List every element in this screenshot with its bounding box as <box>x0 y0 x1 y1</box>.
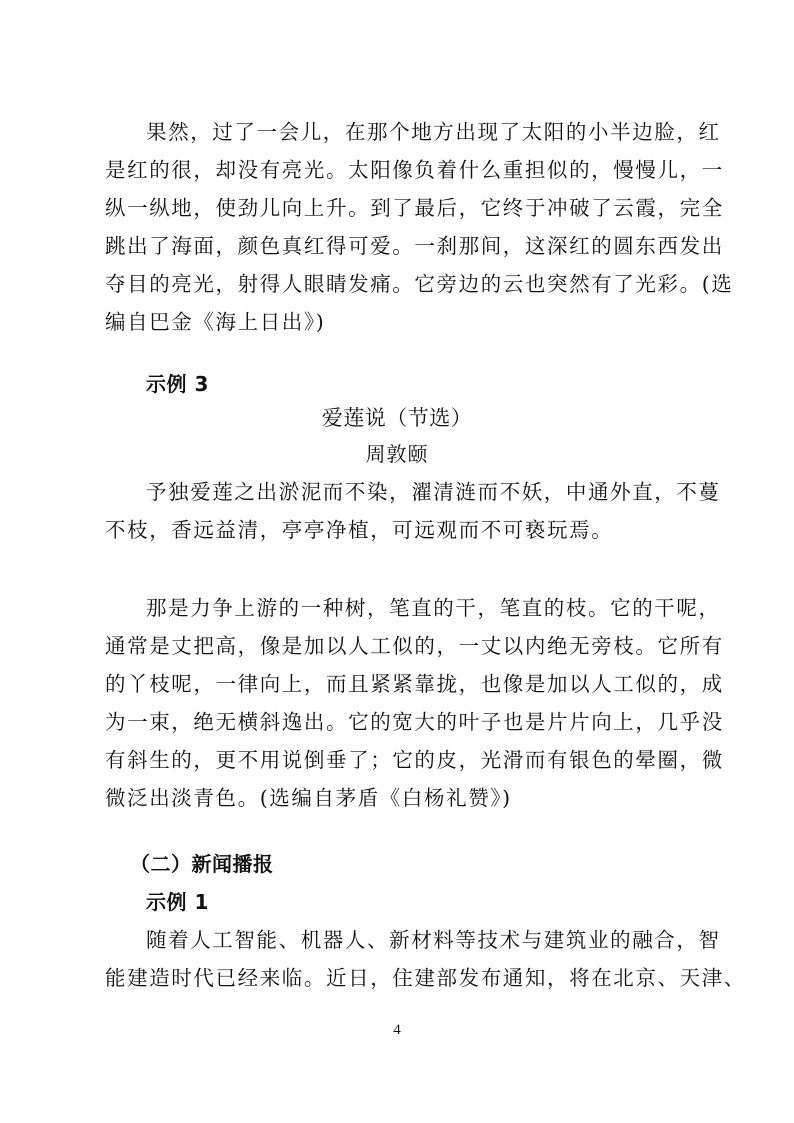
paragraph-line: 为一束，绝无横斜逸出。它的宽大的叶子也是片片向上，几乎没 <box>105 706 695 738</box>
paragraph-line: 不枝，香远益清，亭亭净植，可远观而不可亵玩焉。 <box>105 514 695 546</box>
paragraph-line: 编自巴金《海上日出》) <box>105 306 695 338</box>
poem-title: 爱莲说（节选） <box>0 402 794 434</box>
example-1-heading: 示例 1 <box>146 886 736 918</box>
paragraph-line: 果然，过了一会儿，在那个地方出现了太阳的小半边脸，红 <box>146 116 696 148</box>
paragraph-line: 予独爱莲之出淤泥而不染，濯清涟而不妖，中通外直，不蔓 <box>146 476 696 508</box>
paragraph-line: 是红的很，却没有亮光。太阳像负着什么重担似的，慢慢儿，一 <box>105 154 695 186</box>
paragraph-line: 纵一纵地，使劲儿向上升。到了最后，它终于冲破了云霞，完全 <box>105 192 695 224</box>
document-page: 果然，过了一会儿，在那个地方出现了太阳的小半边脸，红 是红的很，却没有亮光。太阳… <box>0 0 794 1123</box>
poem-author: 周敦颐 <box>0 438 794 470</box>
paragraph-line: 那是力争上游的一种树，笔直的干，笔直的枝。它的干呢， <box>146 592 696 624</box>
example-3-heading: 示例 3 <box>146 368 736 400</box>
paragraph-line: 的丫枝呢，一律向上，而且紧紧靠拢，也像是加以人工似的，成 <box>105 668 695 700</box>
paragraph-line: 夺目的亮光，射得人眼睛发痛。它旁边的云也突然有了光彩。(选 <box>105 268 695 300</box>
section-heading: （二）新闻播报 <box>130 848 720 880</box>
paragraph-line: 跳出了海面，颜色真红得可爱。一刹那间，这深红的圆东西发出 <box>105 230 695 262</box>
paragraph-line: 通常是丈把高，像是加以人工似的，一丈以内绝无旁枝。它所有 <box>105 630 695 662</box>
paragraph-line: 随着人工智能、机器人、新材料等技术与建筑业的融合，智 <box>146 924 696 956</box>
paragraph-line: 能建造时代已经来临。近日，住建部发布通知，将在北京、天津、 <box>105 962 695 994</box>
paragraph-line: 微泛出淡青色。(选编自茅盾《白杨礼赞》) <box>105 782 695 814</box>
page-number: 4 <box>0 1022 794 1039</box>
paragraph-line: 有斜生的，更不用说倒垂了；它的皮，光滑而有银色的晕圈，微 <box>105 744 695 776</box>
